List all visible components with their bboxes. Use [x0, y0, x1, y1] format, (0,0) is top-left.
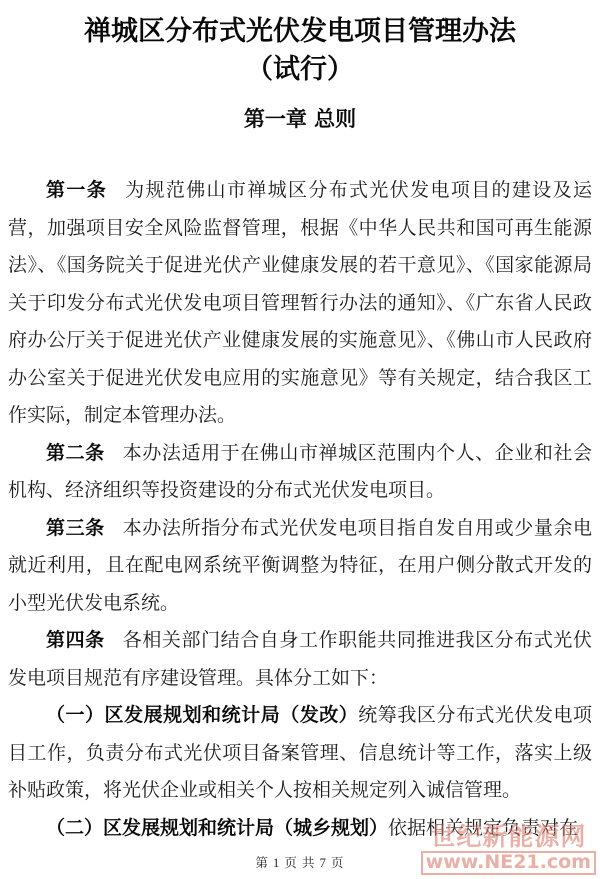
paragraph: 第四条各相关部门结合自身工作职能共同推进我区分布式光伏发电项目规范有序建设管理。…: [8, 622, 592, 697]
paragraph-head: 第三条: [46, 517, 105, 539]
document-body: 第一条为规范佛山市禅城区分布式光伏发电项目的建设及运营，加强项目安全风险监督管理…: [8, 172, 592, 847]
page-title: 禅城区分布式光伏发电项目管理办法: [0, 13, 600, 51]
chapter-heading: 第一章 总则: [0, 106, 600, 132]
paragraph: 第一条为规范佛山市禅城区分布式光伏发电项目的建设及运营，加强项目安全风险监督管理…: [8, 172, 592, 435]
paragraph-head: 第四条: [46, 629, 105, 651]
watermark-site-url: www.NE21.com: [421, 851, 596, 875]
watermark-site-name: 世纪新能源网: [421, 824, 596, 849]
paragraph-head: （二）区发展规划和统计局（城乡规划）: [46, 817, 388, 839]
paragraph: （一）区发展规划和统计局（发改）统筹我区分布式光伏发电项目工作，负责分布式光伏项…: [8, 697, 592, 810]
paragraph-head: （一）区发展规划和统计局（发改）: [46, 704, 358, 726]
watermark: 世纪新能源网 www.NE21.com: [421, 824, 596, 875]
page-subtitle: （试行）: [0, 51, 600, 89]
document-title: 禅城区分布式光伏发电项目管理办法 （试行）: [0, 13, 600, 89]
paragraph-body: 为规范佛山市禅城区分布式光伏发电项目的建设及运营，加强项目安全风险监督管理，根据…: [8, 180, 592, 426]
paragraph: 第三条本办法所指分布式光伏发电项目指自发自用或少量余电就近利用，且在配电网系统平…: [8, 510, 592, 623]
paragraph-head: 第二条: [46, 442, 105, 464]
paragraph: 第二条本办法适用于在佛山市禅城区范围内个人、企业和社会机构、经济组织等投资建设的…: [8, 435, 592, 510]
paragraph-head: 第一条: [46, 179, 107, 201]
document-page: 禅城区分布式光伏发电项目管理办法 （试行） 第一章 总则 第一条为规范佛山市禅城…: [0, 0, 600, 879]
page-number-indicator: 第 1 页 共 7 页: [255, 856, 344, 870]
